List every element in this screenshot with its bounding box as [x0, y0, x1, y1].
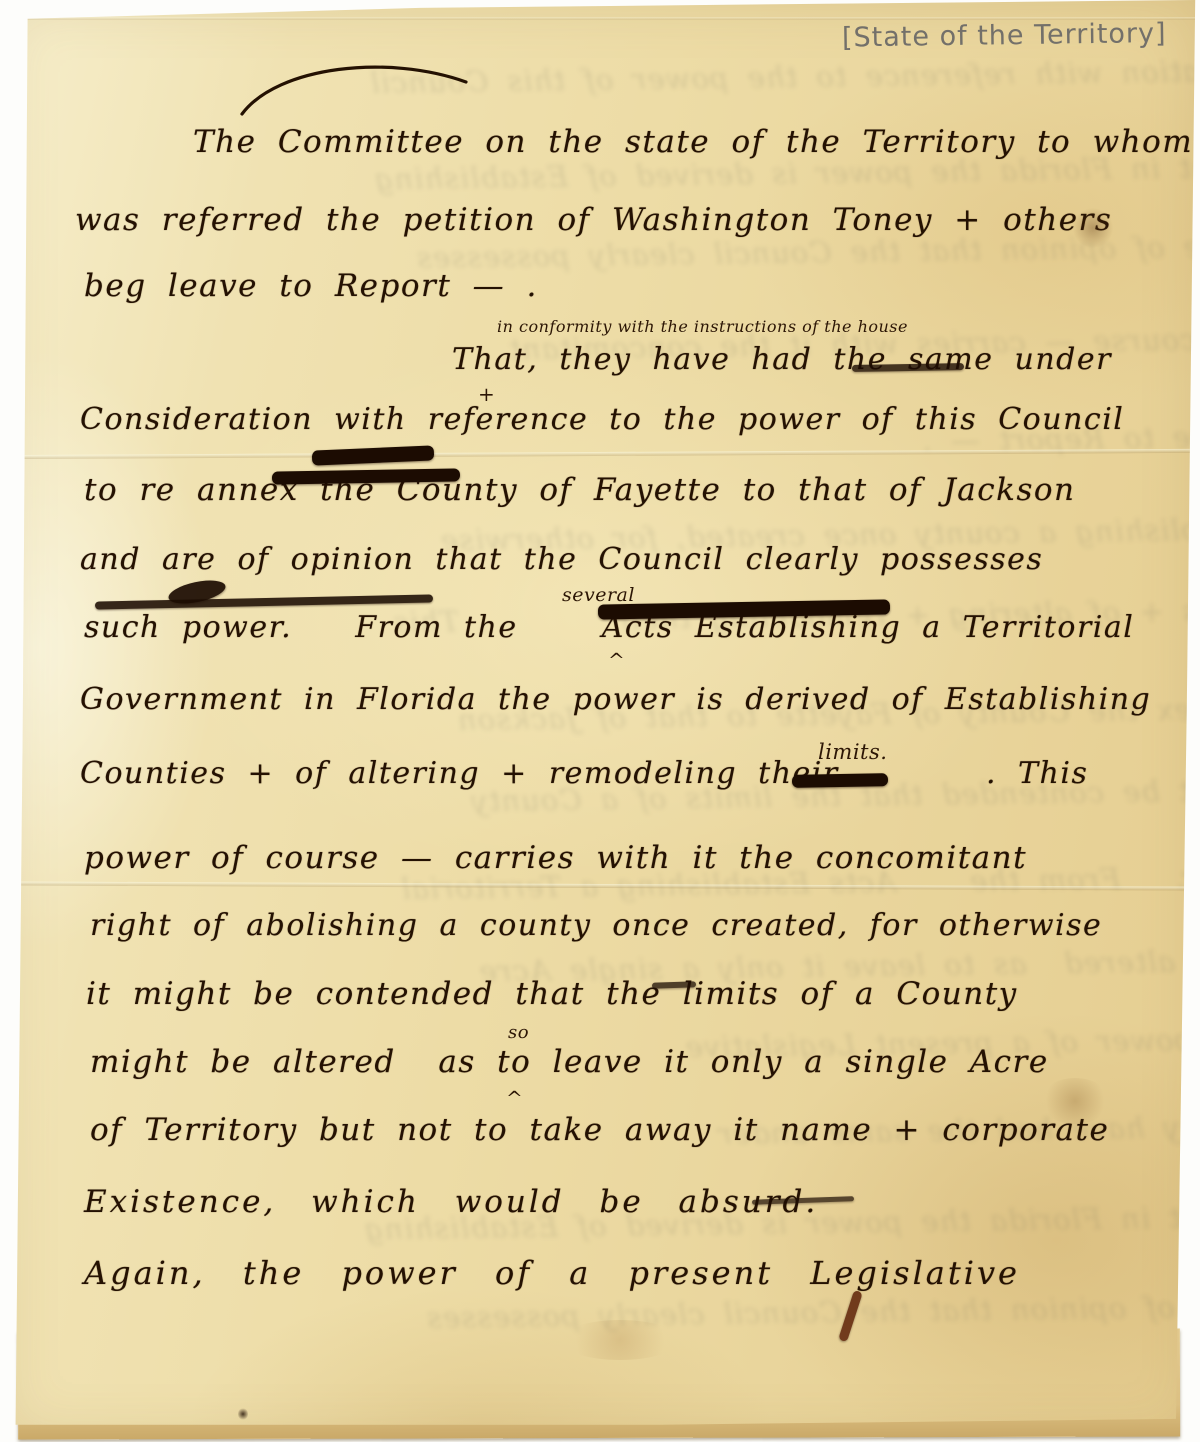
manuscript-line: beg leave to Report — . — [84, 268, 538, 304]
manuscript-line: and are of opinion that the Council clea… — [80, 542, 1043, 577]
manuscript-line: such power. From the Acts Establishing a… — [84, 610, 1134, 645]
manuscript-line: Again, the power of a present Legislativ… — [84, 1254, 1020, 1292]
manuscript-line: Consideration with reference to the powe… — [80, 402, 1124, 437]
manuscript-line: was referred the petition of Washington … — [75, 202, 1112, 238]
manuscript-line: Government in Florida the power is deriv… — [80, 682, 1151, 717]
fold-crease — [0, 449, 1200, 459]
scanned-manuscript-page: Consideration with reference to the powe… — [0, 0, 1200, 1442]
fold-crease — [0, 881, 1200, 890]
ink-slash — [838, 1290, 863, 1342]
bleedthrough-text: Consideration with reference to the powe… — [0, 52, 1200, 106]
ink-strikethrough — [95, 594, 433, 609]
manuscript-paper: Consideration with reference to the powe… — [0, 0, 1200, 1442]
manuscript-line: power of course — carries with it the co… — [84, 840, 1027, 876]
caret-mark: ^ — [608, 648, 625, 672]
manuscript-line: right of abolishing a county once create… — [90, 908, 1102, 943]
manuscript-line: The Committee on the state of the Territ… — [193, 124, 1193, 160]
manuscript-line: Counties + of altering + remodeling thei… — [80, 756, 1088, 791]
bleedthrough-text: and are of opinion that the Council clea… — [0, 1288, 1200, 1342]
pencil-annotation: [State of the Territory] — [842, 17, 1200, 53]
interlinear-insertion: so — [508, 1022, 529, 1043]
ink-strikethrough — [312, 445, 435, 465]
manuscript-line: That, they have had the same under — [452, 342, 1112, 377]
manuscript-line: it might be contended that the limits of… — [86, 976, 1018, 1012]
paper-stain — [560, 1320, 680, 1360]
manuscript-line: Existence, which would be absurd. — [84, 1184, 818, 1220]
interlinear-insertion: in conformity with the instructions of t… — [497, 317, 908, 336]
pen-flourish — [238, 52, 478, 127]
caret-mark: ^ — [506, 1086, 523, 1110]
ink-strikethrough — [167, 576, 228, 608]
manuscript-line: of Territory but not to take away it nam… — [90, 1112, 1109, 1148]
manuscript-line: to re annex the County of Fayette to tha… — [84, 472, 1075, 508]
manuscript-line: might be altered as to leave it only a s… — [90, 1044, 1049, 1080]
interlinear-insertion: several — [562, 584, 635, 606]
ink-speck — [238, 1408, 248, 1420]
